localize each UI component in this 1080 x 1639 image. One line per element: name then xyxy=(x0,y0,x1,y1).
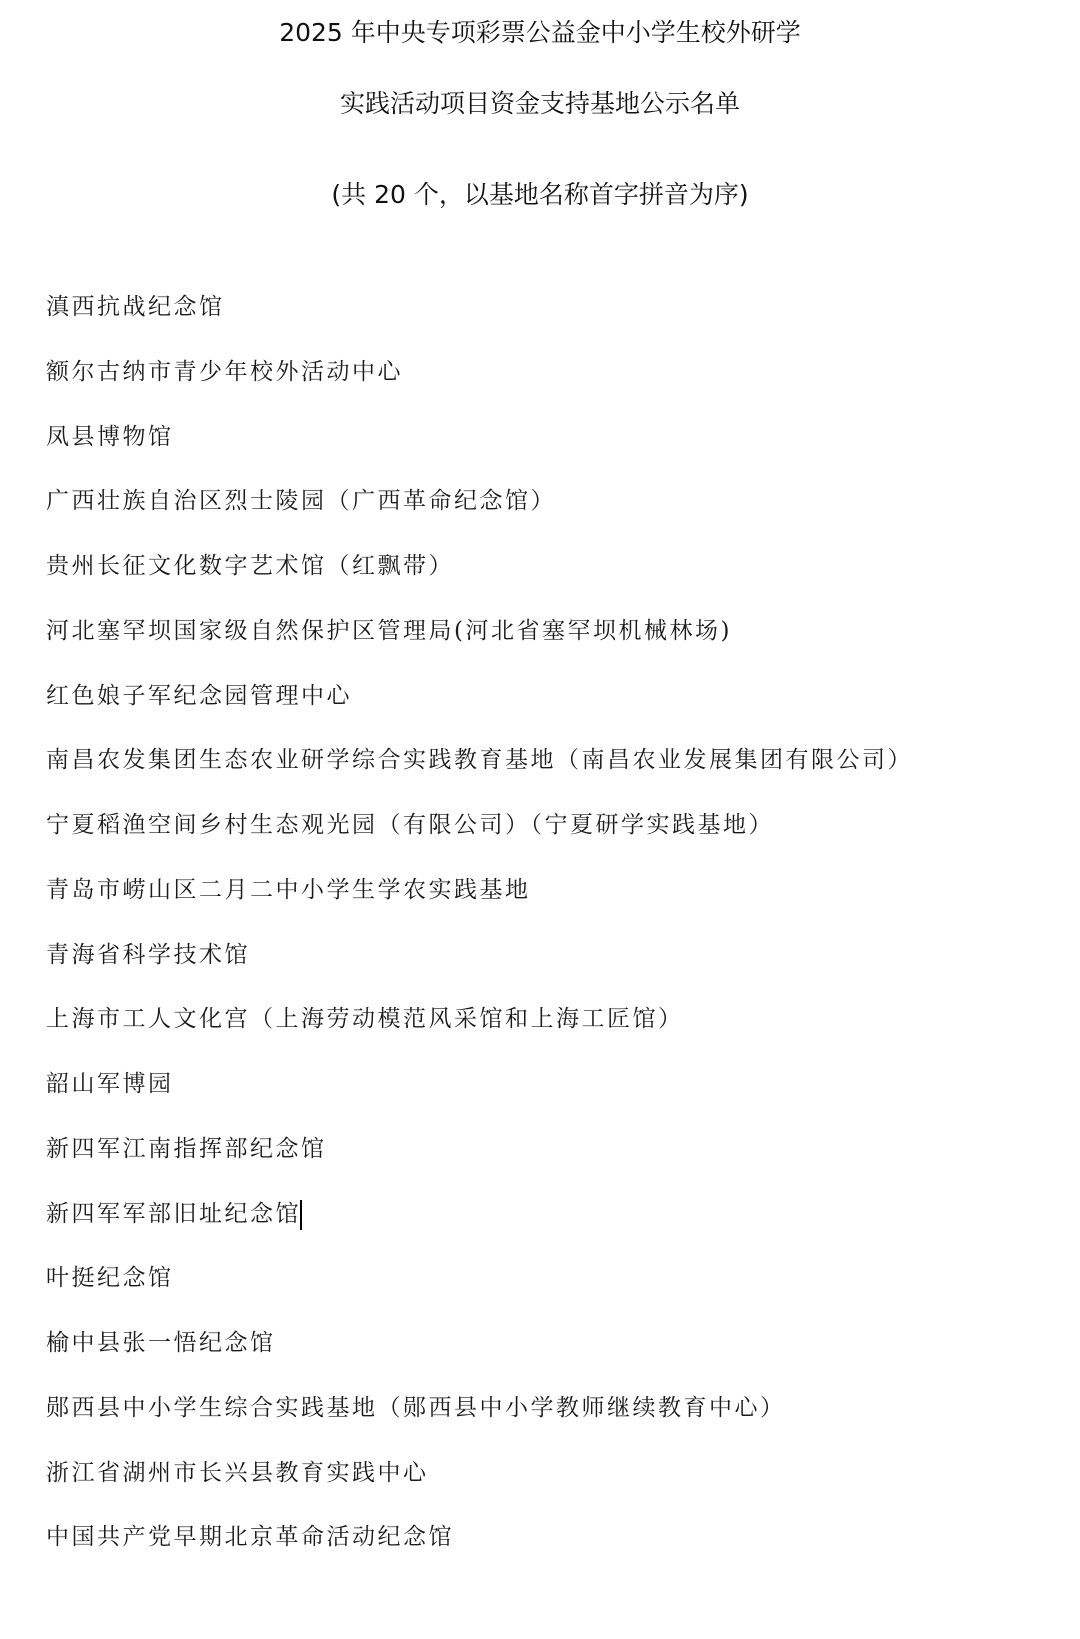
list-item-text: 凤县博物馆 xyxy=(46,424,174,450)
list-item-text: 宁夏稻渔空间乡村生态观光园（有限公司）（宁夏研学实践基地） xyxy=(46,812,774,838)
list-item-text: 叶挺纪念馆 xyxy=(46,1265,174,1291)
list-item-text: 河北塞罕坝国家级自然保护区管理局(河北省塞罕坝机械林场) xyxy=(46,618,732,644)
list-item-text: 韶山军博园 xyxy=(46,1071,174,1097)
list-item-text: 青海省科学技术馆 xyxy=(46,942,250,968)
list-item-text: 贵州长征文化数字艺术馆（红飘带） xyxy=(46,553,454,579)
list-item-text: 南昌农发集团生态农业研学综合实践教育基地（南昌农业发展集团有限公司） xyxy=(46,747,913,773)
list-item[interactable]: 额尔古纳市青少年校外活动中心 xyxy=(46,357,913,422)
list-item[interactable]: 宁夏稻渔空间乡村生态观光园（有限公司）（宁夏研学实践基地） xyxy=(46,810,913,875)
document-subtitle: (共 20 个，以基地名称首字拼音为序) xyxy=(0,180,1080,210)
document-title-line-2: 实践活动项目资金支持基地公示名单 xyxy=(0,89,1080,119)
list-item[interactable]: 滇西抗战纪念馆 xyxy=(46,292,913,357)
text-cursor xyxy=(300,1200,302,1230)
list-item[interactable]: 广西壮族自治区烈士陵园（广西革命纪念馆） xyxy=(46,486,913,551)
list-item-text: 浙江省湖州市长兴县教育实践中心 xyxy=(46,1460,429,1486)
list-item[interactable]: 韶山军博园 xyxy=(46,1069,913,1134)
list-item-text: 新四军江南指挥部纪念馆 xyxy=(46,1136,327,1162)
list-item-text: 广西壮族自治区烈士陵园（广西革命纪念馆） xyxy=(46,488,556,514)
list-item[interactable]: 河北塞罕坝国家级自然保护区管理局(河北省塞罕坝机械林场) xyxy=(46,616,913,681)
list-item[interactable]: 红色娘子军纪念园管理中心 xyxy=(46,681,913,746)
list-item-text: 青岛市崂山区二月二中小学生学农实践基地 xyxy=(46,877,531,903)
list-item-text: 滇西抗战纪念馆 xyxy=(46,294,225,320)
list-item[interactable]: 凤县博物馆 xyxy=(46,422,913,487)
list-item[interactable]: 南昌农发集团生态农业研学综合实践教育基地（南昌农业发展集团有限公司） xyxy=(46,745,913,810)
list-item-text: 额尔古纳市青少年校外活动中心 xyxy=(46,359,403,385)
list-item[interactable]: 新四军江南指挥部纪念馆 xyxy=(46,1134,913,1199)
list-item[interactable]: 青海省科学技术馆 xyxy=(46,940,913,1005)
list-item-text: 中国共产党早期北京革命活动纪念馆 xyxy=(46,1524,454,1550)
list-item[interactable]: 榆中县张一悟纪念馆 xyxy=(46,1328,913,1393)
list-item-text: 榆中县张一悟纪念馆 xyxy=(46,1330,276,1356)
list-item[interactable]: 中国共产党早期北京革命活动纪念馆 xyxy=(46,1522,913,1587)
list-item-text: 红色娘子军纪念园管理中心 xyxy=(46,683,352,709)
list-item[interactable]: 青岛市崂山区二月二中小学生学农实践基地 xyxy=(46,875,913,940)
list-item-text: 上海市工人文化宫（上海劳动模范风采馆和上海工匠馆） xyxy=(46,1006,684,1032)
list-item-text: 郧西县中小学生综合实践基地（郧西县中小学教师继续教育中心） xyxy=(46,1395,786,1421)
document-title-line-1: 2025 年中央专项彩票公益金中小学生校外研学 xyxy=(0,18,1080,48)
base-list: 滇西抗战纪念馆 额尔古纳市青少年校外活动中心 凤县博物馆 广西壮族自治区烈士陵园… xyxy=(46,292,913,1587)
list-item-text: 新四军军部旧址纪念馆 xyxy=(46,1201,301,1227)
list-item[interactable]: 叶挺纪念馆 xyxy=(46,1263,913,1328)
list-item[interactable]: 郧西县中小学生综合实践基地（郧西县中小学教师继续教育中心） xyxy=(46,1393,913,1458)
list-item[interactable]: 贵州长征文化数字艺术馆（红飘带） xyxy=(46,551,913,616)
list-item[interactable]: 浙江省湖州市长兴县教育实践中心 xyxy=(46,1458,913,1523)
list-item[interactable]: 新四军军部旧址纪念馆 xyxy=(46,1199,913,1264)
list-item[interactable]: 上海市工人文化宫（上海劳动模范风采馆和上海工匠馆） xyxy=(46,1004,913,1069)
